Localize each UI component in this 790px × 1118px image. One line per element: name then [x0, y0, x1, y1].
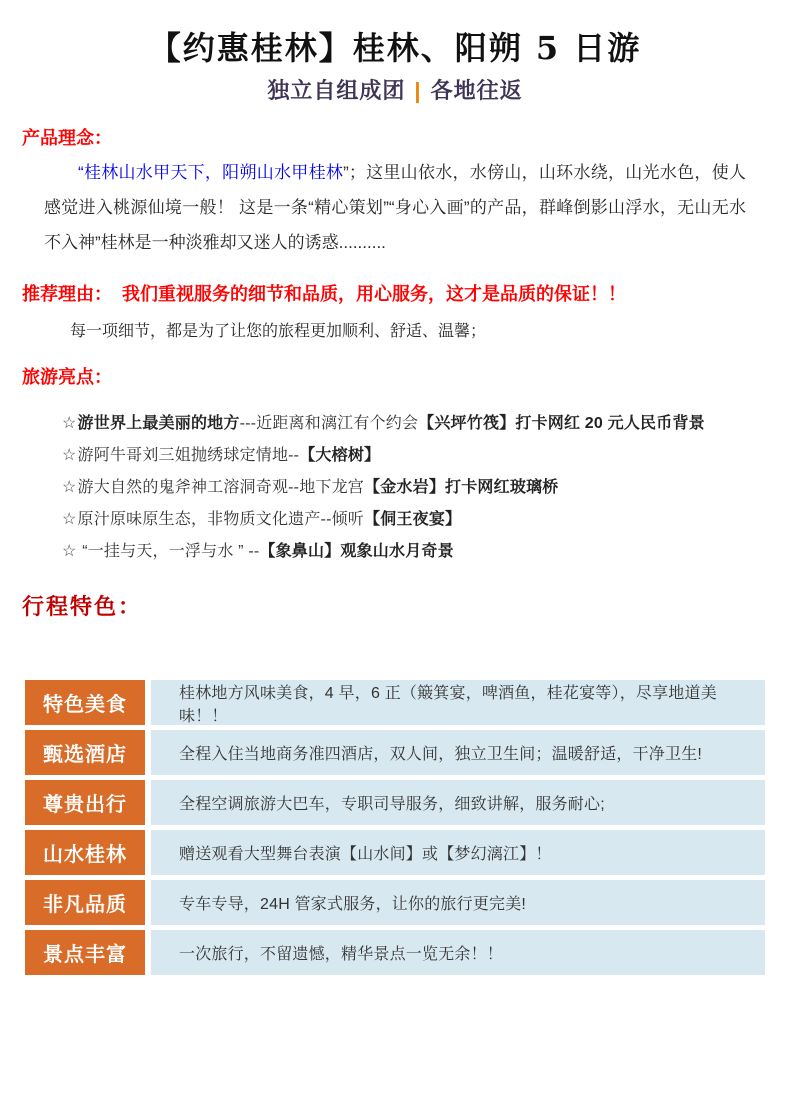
feature-description: 全程空调旅游大巴车，专职司导服务，细致讲解，服务耐心; — [151, 780, 765, 825]
highlight-item: ☆游世界上最美丽的地方---近距离和漓江有个约会【兴坪竹筏】打卡网红 20 元人… — [62, 414, 768, 434]
section-heading-features: 行程特色： — [22, 594, 768, 620]
subtitle-divider: | — [405, 78, 430, 103]
concept-quote-blue: “桂林山水甲天下，阳朔山水甲桂林 — [78, 163, 343, 182]
feature-description: 全程入住当地商务准四酒店，双人间，独立卫生间；温暖舒适，干净卫生! — [151, 730, 765, 775]
document-page: 【约惠桂林】桂林、阳朔 5 日游 独立自组成团|各地往返 产品理念： “桂林山水… — [0, 0, 790, 1118]
highlight-text: 游大自然的鬼斧神工溶洞奇观--地下龙宫【金水岩】打卡网红玻璃桥 — [78, 479, 559, 496]
star-bullet-icon: ☆ — [62, 511, 78, 528]
highlight-item: ☆游阿牛哥刘三姐抛绣球定情地--【大榕树】 — [62, 446, 768, 466]
feature-label: 尊贵出行 — [25, 780, 145, 825]
feature-table: 特色美食 桂林地方风味美食，4 早，6 正（簸箕宴，啤酒鱼，桂花宴等），尽享地道… — [25, 680, 765, 975]
recommend-section: 推荐理由：我们重视服务的细节和品质，用心服务，这才是品质的保证！！ — [22, 280, 768, 306]
highlight-text: 游世界上最美丽的地方---近距离和漓江有个约会【兴坪竹筏】打卡网红 20 元人民… — [78, 415, 705, 432]
feature-label: 非凡品质 — [25, 880, 145, 925]
star-bullet-icon: ☆ — [62, 447, 78, 464]
highlight-item: ☆ “一挂与天，一浮与水 ” --【象鼻山】观象山水月奇景 — [62, 542, 768, 562]
feature-label: 山水桂林 — [25, 830, 145, 875]
section-heading-highlights: 旅游亮点： — [22, 366, 768, 388]
concept-paragraph: “桂林山水甲天下，阳朔山水甲桂林”；这里山依水，水傍山，山环水绕，山光水色，使人… — [44, 155, 746, 260]
feature-description: 专车专导，24H 管家式服务，让你的旅行更完美! — [151, 880, 765, 925]
feature-description: 桂林地方风味美食，4 早，6 正（簸箕宴，啤酒鱼，桂花宴等），尽享地道美味！！ — [151, 680, 765, 725]
feature-row: 非凡品质 专车专导，24H 管家式服务，让你的旅行更完美! — [25, 880, 765, 925]
subtitle-right: 各地往返 — [431, 78, 523, 103]
star-bullet-icon: ☆ — [62, 415, 78, 432]
highlight-item: ☆游大自然的鬼斧神工溶洞奇观--地下龙宫【金水岩】打卡网红玻璃桥 — [62, 478, 768, 498]
feature-description: 赠送观看大型舞台表演【山水间】或【梦幻漓江】！ — [151, 830, 765, 875]
subtitle-left: 独立自组成团 — [267, 78, 405, 103]
highlight-text: “一挂与天，一浮与水 ” --【象鼻山】观象山水月奇景 — [78, 543, 454, 560]
highlights-list: ☆游世界上最美丽的地方---近距离和漓江有个约会【兴坪竹筏】打卡网红 20 元人… — [62, 414, 768, 562]
feature-row: 甄选酒店 全程入住当地商务准四酒店，双人间，独立卫生间；温暖舒适，干净卫生! — [25, 730, 765, 775]
section-heading-concept: 产品理念： — [22, 127, 768, 149]
feature-description: 一次旅行，不留遗憾，精华景点一览无余！！ — [151, 930, 765, 975]
highlight-text: 游阿牛哥刘三姐抛绣球定情地--【大榕树】 — [78, 447, 381, 464]
recommend-detail-text: 每一项细节，都是为了让您的旅程更加顺利、舒适、温馨； — [70, 322, 768, 342]
highlight-item: ☆原汁原味原生态，非物质文化遗产--倾听【侗王夜宴】 — [62, 510, 768, 530]
feature-label: 甄选酒店 — [25, 730, 145, 775]
feature-row: 特色美食 桂林地方风味美食，4 早，6 正（簸箕宴，啤酒鱼，桂花宴等），尽享地道… — [25, 680, 765, 725]
star-bullet-icon: ☆ — [62, 543, 78, 560]
recommend-lead-text: 我们重视服务的细节和品质，用心服务，这才是品质的保证！！ — [112, 284, 626, 304]
page-subtitle: 独立自组成团|各地往返 — [22, 77, 768, 105]
feature-row: 尊贵出行 全程空调旅游大巴车，专职司导服务，细致讲解，服务耐心; — [25, 780, 765, 825]
star-bullet-icon: ☆ — [62, 479, 78, 496]
feature-row: 山水桂林 赠送观看大型舞台表演【山水间】或【梦幻漓江】！ — [25, 830, 765, 875]
highlight-text: 原汁原味原生态，非物质文化遗产--倾听【侗王夜宴】 — [78, 511, 462, 528]
feature-label: 特色美食 — [25, 680, 145, 725]
feature-row: 景点丰富 一次旅行，不留遗憾，精华景点一览无余！！ — [25, 930, 765, 975]
section-heading-recommend: 推荐理由： — [22, 284, 112, 304]
feature-label: 景点丰富 — [25, 930, 145, 975]
page-title: 【约惠桂林】桂林、阳朔 5 日游 — [22, 26, 768, 70]
